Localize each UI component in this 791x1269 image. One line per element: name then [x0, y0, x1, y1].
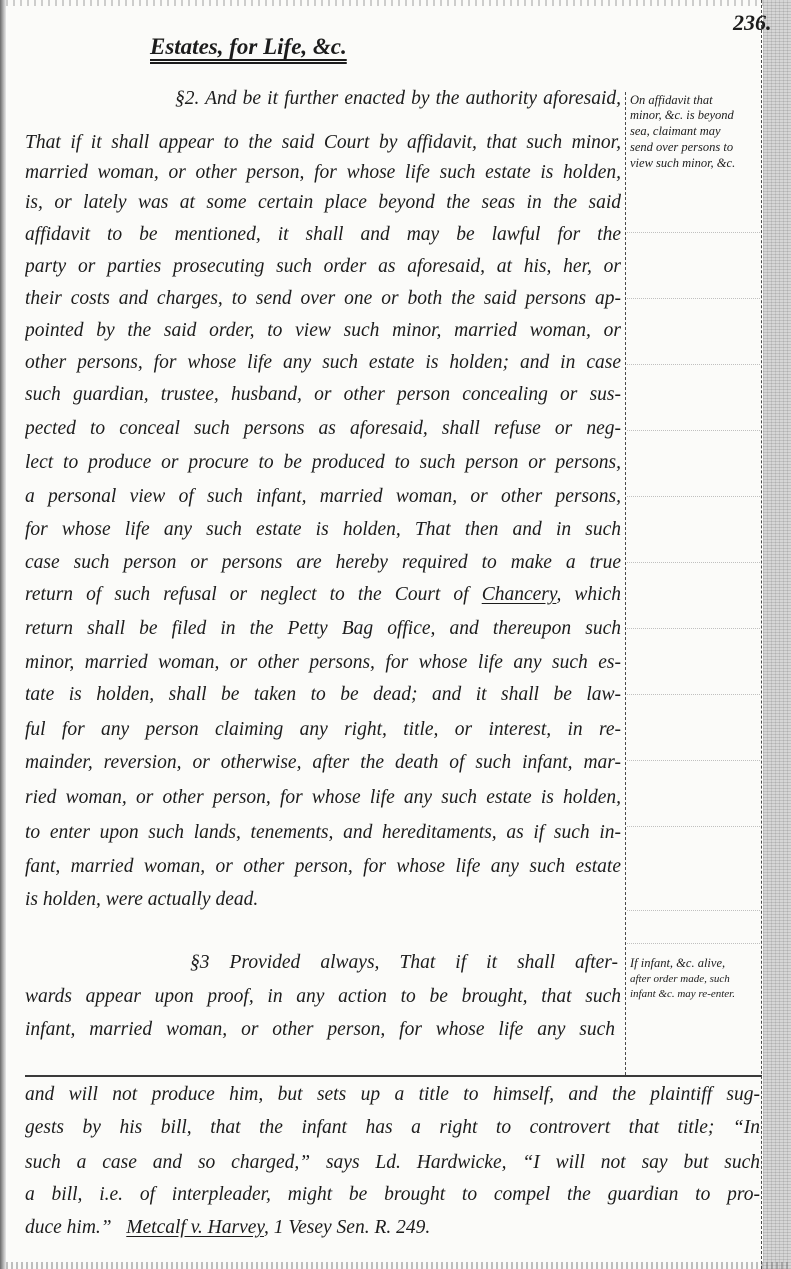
margin-note-line: after order made, such: [630, 972, 760, 987]
margin-column-left-rule: [625, 92, 626, 1075]
footnote-line: and will not produce him, but sets up a …: [25, 1080, 760, 1110]
scan-bottom-edge: [6, 1262, 791, 1269]
footnote-line: gests by his bill, that the infant has a…: [25, 1113, 760, 1143]
case-name-underlined: Metcalf v. Harvey: [126, 1217, 264, 1238]
text-segment: , which: [556, 584, 621, 605]
faint-ruled-line: [627, 232, 760, 233]
faint-ruled-line: [627, 364, 760, 365]
text-segment: duce him.”: [25, 1217, 112, 1238]
text-line: their costs and charges, to send over on…: [25, 284, 621, 314]
page-title: Estates, for Life, &c.: [150, 34, 347, 60]
faint-ruled-line: [627, 826, 760, 827]
text-line: ried woman, or other person, for whose l…: [25, 783, 621, 813]
text-line: other persons, for whose life any such e…: [25, 348, 621, 378]
faint-ruled-line: [627, 628, 760, 629]
faint-ruled-line: [627, 298, 760, 299]
faint-ruled-line: [627, 760, 760, 761]
text-line: tate is holden, shall be taken to be dea…: [25, 680, 621, 710]
text-line: wards appear upon proof, in any action t…: [25, 982, 621, 1012]
text-line: That if it shall appear to the said Cour…: [25, 128, 621, 158]
text-line: is holden, were actually dead.: [25, 885, 258, 915]
faint-ruled-line: [627, 910, 760, 911]
scan-left-edge: [0, 0, 6, 1269]
text-line: party or parties prosecuting such order …: [25, 252, 621, 282]
text-line: for whose life any such estate is holden…: [25, 515, 621, 545]
text-line: such guardian, trustee, husband, or othe…: [25, 380, 621, 410]
scan-top-edge: [6, 0, 763, 6]
faint-ruled-line: [627, 562, 760, 563]
text-line: married woman, or other person, for whos…: [25, 158, 621, 188]
margin-note-line: If infant, &c. alive,: [630, 956, 760, 971]
footnote-line: a bill, i.e. of interpleader, might be b…: [25, 1180, 760, 1210]
text-line: pected to conceal such persons as afores…: [25, 414, 621, 444]
text-line: ful for any person claiming any right, t…: [25, 715, 621, 745]
faint-ruled-line: [627, 943, 760, 944]
text-line: is, or lately was at some certain place …: [25, 188, 621, 218]
faint-ruled-line: [627, 430, 760, 431]
footnote-divider: [25, 1075, 762, 1077]
footnote-citation-line: duce him.” Metcalf v. Harvey, 1 Vesey Se…: [25, 1213, 430, 1243]
margin-note-line: sea, claimant may: [630, 124, 760, 139]
margin-column-right-rule: [761, 0, 762, 1269]
margin-note-line: minor, &c. is beyond: [630, 108, 760, 123]
text-line-chancery: return of such refusal or neglect to the…: [25, 580, 621, 610]
text-line: lect to produce or procure to be produce…: [25, 448, 621, 478]
text-line: §2. And be it further enacted by the aut…: [175, 84, 621, 114]
footnote-line: such a case and so charged,” says Ld. Ha…: [25, 1148, 760, 1178]
margin-note-line: view such minor, &c.: [630, 156, 760, 171]
text-line: to enter upon such lands, tenements, and…: [25, 818, 621, 848]
page-number: 236.: [733, 10, 772, 36]
margin-note-line: On affidavit that: [630, 93, 760, 108]
text-line: minor, married woman, or other persons, …: [25, 648, 621, 678]
scan-right-edge: [763, 0, 791, 1269]
text-line: affidavit to be mentioned, it shall and …: [25, 220, 621, 250]
faint-ruled-line: [627, 694, 760, 695]
text-line: pointed by the said order, to view such …: [25, 316, 621, 346]
text-line: a personal view of such infant, married …: [25, 482, 621, 512]
chancery-underlined: Chancery: [482, 584, 557, 605]
text-line: mainder, reversion, or otherwise, after …: [25, 748, 621, 778]
margin-note-line: send over persons to: [630, 140, 760, 155]
margin-note-line: infant &c. may re-enter.: [630, 987, 760, 1002]
text-line: return shall be filed in the Petty Bag o…: [25, 614, 621, 644]
text-line: fant, married woman, or other person, fo…: [25, 852, 621, 882]
text-segment: , 1 Vesey Sen. R. 249.: [264, 1217, 430, 1238]
text-segment: return of such refusal or neglect to the…: [25, 584, 469, 605]
faint-ruled-line: [627, 496, 760, 497]
text-line: case such person or persons are hereby r…: [25, 548, 621, 578]
text-line: §3 Provided always, That if it shall aft…: [190, 948, 618, 978]
text-line: infant, married woman, or other person, …: [25, 1015, 615, 1045]
